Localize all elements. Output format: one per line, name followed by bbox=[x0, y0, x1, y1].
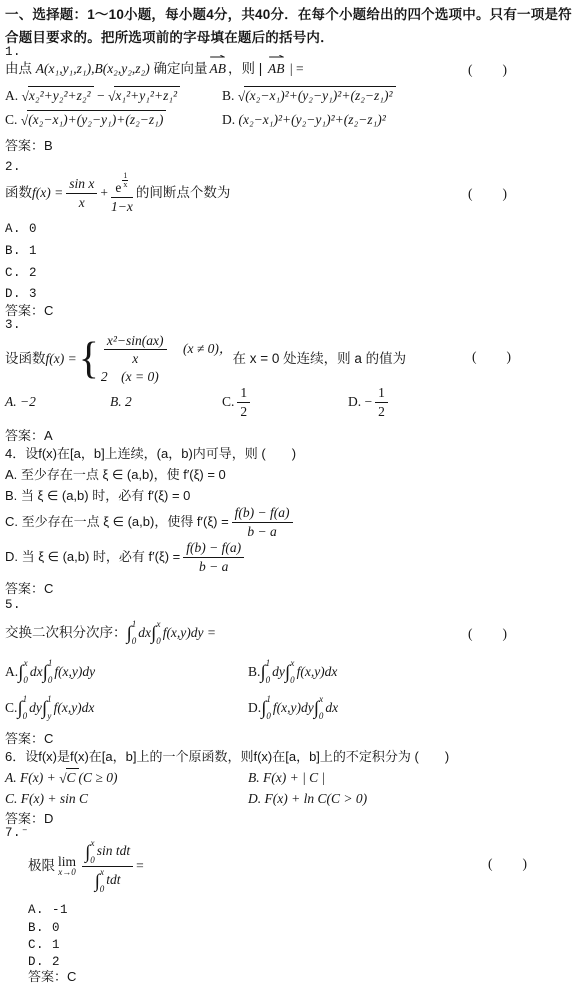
q3-pw1-cond: (x ≠ 0)， bbox=[170, 341, 233, 356]
q6-option-d: D. F(x) + ln C(C > 0) bbox=[248, 791, 367, 808]
q5-option-d: D. ∫10 f(x,y)dy ∫x0 dx bbox=[248, 692, 338, 724]
q7-den-int-lower: 0 bbox=[100, 885, 105, 894]
q4-option-d-fraction: f(b) − f(a)b − a bbox=[183, 540, 244, 574]
q3-answer: 答案：A bbox=[5, 428, 53, 444]
q1-option-d-text: (x₂−x₁)²+(y₂−y₁)²+(z₂−z₁)² bbox=[239, 112, 386, 127]
q1-option-b-sqrt: √(x₂−x₁)²+(y₂−y₁)²+(z₂−z₁)² bbox=[238, 88, 396, 103]
q5-option-c-mid1: dy bbox=[29, 700, 42, 717]
q3-option-c-num: 1 bbox=[237, 385, 250, 403]
q7-answer: 答案：C bbox=[28, 969, 76, 985]
q1-option-b-rad: (x₂−x₁)²+(y₂−y₁)²+(z₂−z₁)² bbox=[245, 88, 392, 103]
q6-option-a-pre: A. F(x) + bbox=[5, 770, 59, 785]
q7-option-c: C. 1 bbox=[28, 938, 60, 954]
q5-integrand: f(x,y)dy = bbox=[163, 625, 216, 642]
sqrt-icon: √ bbox=[238, 89, 245, 106]
q3-stem: 设函数 f(x) = { x²−sin(ax)x (x ≠ 0)， 2 (x =… bbox=[5, 328, 406, 390]
q1-option-a-rad2: x₁²+y₁²+z₁² bbox=[115, 88, 177, 103]
q5-option-d-int1-lower: 0 bbox=[266, 712, 271, 721]
q5-option-c-int1-upper: 1 bbox=[23, 695, 28, 704]
q4-stem: 4．设f(x)在[a，b]上连续，(a，b)内可导，则 ( ) bbox=[5, 446, 296, 462]
q7-bracket: ( ) bbox=[488, 856, 528, 873]
q4-option-c-den: b − a bbox=[247, 524, 276, 539]
q1-points: A(x₁,y₁,z₁),B(x₂,y₂,z₂) bbox=[36, 61, 150, 76]
q4-option-d-num: f(b) − f(a) bbox=[186, 540, 241, 555]
q2-plus: + bbox=[100, 185, 108, 202]
q5-option-c-label: C. bbox=[5, 700, 17, 717]
q5-stem: 交换二次积分次序： ∫10 dx ∫x0 f(x,y)dy = bbox=[5, 616, 216, 650]
q7-big-fraction: ∫x0sin tdt ∫x0tdt bbox=[82, 839, 133, 894]
q5-option-c-mid2: f(x,y)dx bbox=[54, 700, 95, 717]
q5-int2-lower: 0 bbox=[156, 637, 161, 646]
q1-option-a-rad1: x₂²+y₂²+z₂² bbox=[29, 88, 91, 103]
q3-pw1-num: x²−sin(ax) bbox=[107, 333, 164, 348]
q7-lim-text: lim bbox=[58, 855, 76, 869]
sqrt-icon: √ bbox=[108, 89, 115, 106]
vector-arrow-icon: ⇀ bbox=[209, 52, 226, 65]
q1-option-a-label: A. bbox=[5, 88, 18, 103]
sqrt-icon: √ bbox=[22, 89, 29, 106]
q1-option-b: B. √(x₂−x₁)²+(y₂−y₁)²+(z₂−z₁)² bbox=[222, 88, 396, 105]
q7-num-int-upper: x bbox=[90, 839, 95, 848]
vector-arrow-icon: ⇀ bbox=[268, 52, 285, 65]
q2-fraction-1: sin xx bbox=[66, 176, 97, 210]
q2-option-b: B. 1 bbox=[5, 244, 37, 260]
q5-option-b-mid2: f(x,y)dx bbox=[297, 664, 338, 681]
q7-option-a: A. -1 bbox=[28, 903, 68, 919]
q5-option-c-int2-lower: y bbox=[47, 712, 52, 721]
section-title: 一、选择题：1～10小题，每小题4分，共40分．在每个小题给出的四个选项中。只有… bbox=[5, 3, 581, 49]
q1-option-c-label: C. bbox=[5, 112, 17, 127]
q1-option-a-sqrt1: √x₂²+y₂²+z₂² bbox=[22, 88, 94, 103]
q5-int1-upper: 1 bbox=[132, 620, 137, 629]
q2-e-exponent: 1x bbox=[122, 172, 128, 189]
q2-exp-den: x bbox=[122, 181, 128, 189]
q7-frac-den: ∫x0tdt bbox=[82, 867, 133, 894]
q1-stem-mid: 确定向量 bbox=[150, 61, 208, 76]
q2-answer: 答案：C bbox=[5, 303, 53, 319]
q2-frac2-den: 1−x bbox=[111, 199, 133, 214]
q3-option-d-label: D. − bbox=[348, 394, 372, 411]
q3-fx: f(x) = bbox=[46, 351, 77, 368]
q1-stem-mid2: ，则 | bbox=[228, 61, 266, 76]
q7-lim-sub: x→0 bbox=[58, 868, 76, 877]
q6-option-c-text: C. F(x) + sin C bbox=[5, 791, 88, 806]
q3-stem-mid: 在 x = 0 处连续，则 a 的值为 bbox=[232, 351, 406, 368]
q2-stem-end: 的间断点个数为 bbox=[136, 185, 231, 202]
q3-option-b-text: B. 2 bbox=[110, 394, 132, 411]
q4-option-d-pre: D. 当 ξ ∈ (a,b) 时，必有 f′(ξ) = bbox=[5, 549, 180, 565]
q5-number: 5. bbox=[5, 598, 21, 614]
q5-option-c-int1: ∫10 bbox=[17, 695, 29, 721]
q7-den-int-upper: x bbox=[100, 868, 105, 877]
q5-answer: 答案：C bbox=[5, 731, 53, 747]
q7-num-integrand: sin tdt bbox=[97, 843, 130, 858]
q7-option-b: B. 0 bbox=[28, 921, 60, 937]
q7-number-text: 7. bbox=[5, 826, 21, 840]
q7-frac-num: ∫x0sin tdt bbox=[82, 839, 133, 867]
q2-e: e bbox=[115, 180, 121, 195]
q5-bracket: ( ) bbox=[468, 626, 508, 643]
q5-option-a-int2-upper: 1 bbox=[48, 659, 53, 668]
q3-bracket: ( ) bbox=[472, 349, 512, 366]
q1-stem-end: | = bbox=[287, 61, 304, 76]
q2-option-a: A. 0 bbox=[5, 222, 37, 238]
q7-num-int-lower: 0 bbox=[90, 856, 95, 865]
q6-option-a-rad: C bbox=[67, 770, 76, 785]
q4-option-c: C. 至少存在一点 ξ ∈ (a,b)，使得 f′(ξ) = f(b) − f(… bbox=[5, 505, 296, 539]
q5-option-c-int1-lower: 0 bbox=[23, 712, 28, 721]
q7-number: 7.⁻ bbox=[5, 826, 29, 842]
q2-frac1-den: x bbox=[79, 195, 85, 210]
q3-pw1-den: x bbox=[132, 351, 138, 366]
q5-option-d-int1: ∫10 bbox=[261, 695, 273, 721]
q5-option-d-int2: ∫x0 bbox=[314, 695, 326, 721]
q3-option-a-text: A. −2 bbox=[5, 394, 36, 411]
q3-option-d-num: 1 bbox=[375, 385, 388, 403]
q1-vector-ab-1: ⇀AB bbox=[208, 61, 229, 78]
q5-option-b-int1: ∫10 bbox=[260, 659, 272, 685]
q5-option-a-label: A. bbox=[5, 664, 18, 681]
q1-option-d: D. (x₂−x₁)²+(y₂−y₁)²+(z₂−z₁)² bbox=[222, 112, 386, 129]
q3-option-c: C. 12 bbox=[222, 386, 253, 418]
q5-option-b-int1-upper: 1 bbox=[266, 659, 271, 668]
q1-option-a: A. √x₂²+y₂²+z₂² − √x₁²+y₁²+z₁² bbox=[5, 88, 180, 105]
q5-option-a: A. ∫x0 dx ∫10 f(x,y)dy bbox=[5, 656, 95, 688]
q5-option-d-int2-upper: x bbox=[319, 695, 324, 704]
q5-option-a-int1-lower: 0 bbox=[23, 676, 28, 685]
q5-option-d-mid1: f(x,y)dy bbox=[273, 700, 314, 717]
q6-option-a-sqrt: √C bbox=[59, 770, 78, 785]
q1-number: 1. bbox=[5, 45, 21, 61]
q6-option-b: B. F(x) + | C | bbox=[248, 770, 325, 787]
q2-option-c: C. 2 bbox=[5, 266, 37, 282]
q7-limit: limx→0 bbox=[58, 855, 76, 878]
sqrt-icon: √ bbox=[59, 771, 66, 788]
q3-option-d-den: 2 bbox=[375, 403, 388, 420]
q5-option-b: B. ∫10 dy ∫x0 f(x,y)dx bbox=[248, 656, 337, 688]
q5-option-a-int2-lower: 0 bbox=[48, 676, 53, 685]
q2-bracket: ( ) bbox=[468, 186, 508, 203]
q7-stem: 极限 limx→0 ∫x0sin tdt ∫x0tdt = bbox=[28, 836, 144, 896]
q6-option-a-post: (C ≥ 0) bbox=[79, 770, 118, 785]
q4-option-a: A. 至少存在一点 ξ ∈ (a,b)，使 f′(ξ) = 0 bbox=[5, 467, 226, 483]
q5-int1-lower: 0 bbox=[132, 637, 137, 646]
q6-option-c: C. F(x) + sin C bbox=[5, 791, 88, 808]
q5-stem-pre: 交换二次积分次序： bbox=[5, 625, 127, 642]
q2-stem: 函数 f(x) = sin xx + e1x1−x 的间断点个数为 bbox=[5, 173, 230, 213]
q1-bracket: ( ) bbox=[468, 62, 508, 79]
q5-int2-upper: x bbox=[156, 620, 161, 629]
q6-option-d-text: D. F(x) + ln C(C > 0) bbox=[248, 791, 367, 806]
q5-option-a-mid2: f(x,y)dy bbox=[54, 664, 95, 681]
q5-option-d-mid2: dx bbox=[325, 700, 338, 717]
q4-option-c-num: f(b) − f(a) bbox=[235, 505, 290, 520]
q1-option-d-label: D. bbox=[222, 112, 235, 127]
q3-pw2: 2 (x = 0) bbox=[101, 369, 159, 384]
q5-option-d-int1-upper: 1 bbox=[266, 695, 271, 704]
q4-option-c-fraction: f(b) − f(a)b − a bbox=[232, 505, 293, 539]
q7-den-integrand: tdt bbox=[106, 872, 120, 887]
q6-stem: 6．设f(x)是f(x)在[a，b]上的一个原函数，则f(x)在[a，b]上的不… bbox=[5, 749, 449, 765]
q5-option-a-int2: ∫10 bbox=[43, 659, 55, 685]
q5-option-d-int2-lower: 0 bbox=[319, 712, 324, 721]
q5-option-b-int2-lower: 0 bbox=[290, 676, 295, 685]
q5-option-b-int1-lower: 0 bbox=[266, 676, 271, 685]
q1-option-c-rad: (x₂−x₁)+(y₂−y₁)+(z₂−z₁) bbox=[28, 112, 163, 127]
q5-option-b-int2: ∫x0 bbox=[285, 659, 297, 685]
q2-fx: f(x) = bbox=[32, 185, 63, 202]
q5-option-b-mid1: dy bbox=[272, 664, 285, 681]
q1-option-a-minus: − bbox=[97, 88, 105, 103]
q6-answer: 答案：D bbox=[5, 811, 53, 827]
q3-piecewise-row1: x²−sin(ax)x (x ≠ 0)， bbox=[101, 332, 233, 368]
q3-option-b: B. 2 bbox=[110, 386, 132, 418]
q4-option-b: B. 当 ξ ∈ (a,b) 时，必有 f′(ξ) = 0 bbox=[5, 488, 190, 504]
q3-option-c-den: 2 bbox=[237, 403, 250, 420]
q5-option-d-label: D. bbox=[248, 700, 261, 717]
q5-integral-2: ∫x0 bbox=[151, 620, 163, 646]
q1-option-a-sqrt2: √x₁²+y₁²+z₁² bbox=[108, 88, 180, 103]
q3-piecewise: x²−sin(ax)x (x ≠ 0)， 2 (x = 0) bbox=[101, 332, 233, 386]
q7-stem-pre: 极限 bbox=[28, 858, 55, 875]
q4-answer: 答案：C bbox=[5, 581, 53, 597]
q1-stem-pre: 由点 bbox=[5, 61, 36, 76]
q3-option-c-fraction: 12 bbox=[237, 385, 250, 419]
q1-option-b-label: B. bbox=[222, 88, 234, 103]
exam-page: 一、选择题：1～10小题，每小题4分，共40分．在每个小题给出的四个选项中。只有… bbox=[0, 0, 585, 985]
q6-option-a: A. F(x) + √C(C ≥ 0) bbox=[5, 770, 117, 787]
q1-stem: 由点 A(x₁,y₁,z₁),B(x₂,y₂,z₂) 确定向量⇀AB，则 | ⇀… bbox=[5, 61, 304, 78]
q5-option-a-mid1: dx bbox=[30, 664, 43, 681]
left-brace-icon: { bbox=[79, 331, 99, 386]
q1-option-c-sqrt: √(x₂−x₁)+(y₂−y₁)+(z₂−z₁) bbox=[21, 112, 167, 127]
q2-fraction-2: e1x1−x bbox=[111, 172, 133, 214]
q3-option-c-label: C. bbox=[222, 394, 234, 411]
q7-equals: = bbox=[136, 858, 144, 875]
q2-frac1-num: sin x bbox=[69, 176, 94, 191]
q4-option-d-den: b − a bbox=[199, 559, 228, 574]
q5-integral-1: ∫10 bbox=[127, 620, 139, 646]
q3-option-d: D. − 12 bbox=[348, 386, 391, 418]
q1-answer: 答案：B bbox=[5, 138, 53, 154]
q4-option-d: D. 当 ξ ∈ (a,b) 时，必有 f′(ξ) = f(b) − f(a)b… bbox=[5, 540, 247, 574]
q2-stem-pre: 函数 bbox=[5, 185, 32, 202]
q3-option-a: A. −2 bbox=[5, 386, 36, 418]
q1-option-c: C. √(x₂−x₁)+(y₂−y₁)+(z₂−z₁) bbox=[5, 112, 166, 129]
q3-option-d-fraction: 12 bbox=[375, 385, 388, 419]
q2-option-d: D. 3 bbox=[5, 287, 37, 303]
q4-option-c-pre: C. 至少存在一点 ξ ∈ (a,b)，使得 f′(ξ) = bbox=[5, 514, 229, 530]
q5-option-c: C. ∫10 dy ∫1y f(x,y)dx bbox=[5, 692, 94, 724]
q3-stem-pre: 设函数 bbox=[5, 351, 46, 368]
q5-option-b-int2-upper: x bbox=[290, 659, 295, 668]
q3-piecewise-row2: 2 (x = 0) bbox=[101, 368, 233, 386]
q5-option-a-int1-upper: x bbox=[23, 659, 28, 668]
q5-option-c-int2-upper: 1 bbox=[47, 695, 52, 704]
q6-option-b-text: B. F(x) + | C | bbox=[248, 770, 325, 785]
q5-option-a-int1: ∫x0 bbox=[18, 659, 30, 685]
q5-dx: dx bbox=[138, 625, 151, 642]
sqrt-icon: √ bbox=[21, 113, 28, 130]
q5-option-c-int2: ∫1y bbox=[42, 695, 54, 721]
q1-vector-ab-2: ⇀AB bbox=[266, 61, 287, 78]
q5-option-b-label: B. bbox=[248, 664, 260, 681]
